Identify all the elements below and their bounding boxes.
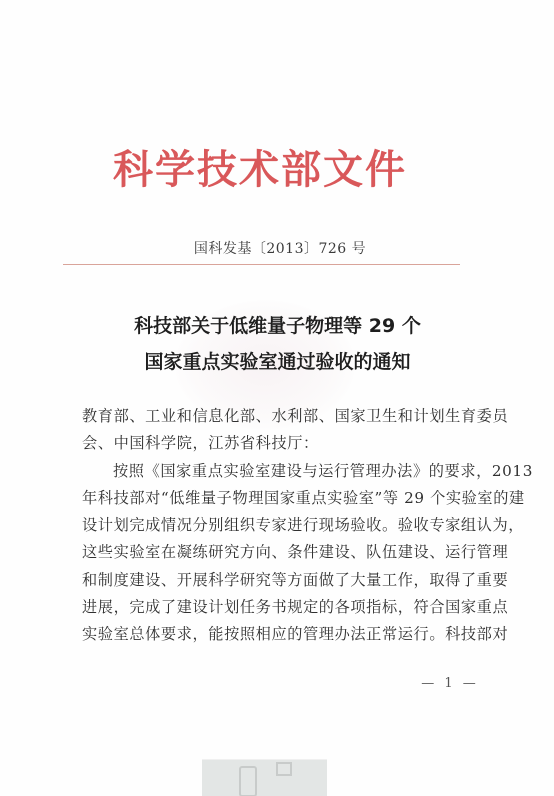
- document-page: 科学技术部文件 国科发基〔2013〕726 号 科技部关于低维量子物理等 29 …: [0, 0, 554, 796]
- recipients-line-1: 教育部、工业和信息化部、水利部、国家卫生和计划生育委员: [82, 403, 467, 430]
- faint-glyph-icon: [276, 762, 292, 776]
- body-line: 实验室总体要求，能按照相应的管理办法正常运行。科技部对: [82, 621, 467, 648]
- header-divider: [63, 264, 460, 265]
- next-page-preview: [202, 759, 327, 796]
- body-line: 设计划完成情况分别组织专家进行现场验收。验收专家组认为，: [82, 512, 467, 539]
- document-number: 国科发基〔2013〕726 号: [90, 238, 470, 258]
- body-line: 进展，完成了建设计划任务书规定的各项指标，符合国家重点: [82, 594, 467, 621]
- body-line: 这些实验室在凝练研究方向、条件建设、队伍建设、运行管理: [82, 539, 467, 566]
- document-body: 教育部、工业和信息化部、水利部、国家卫生和计划生育委员 会、中国科学院，江苏省科…: [82, 403, 467, 649]
- issuing-authority-header: 科学技术部文件: [80, 142, 440, 198]
- title-line-2: 国家重点实验室通过验收的通知: [80, 344, 475, 380]
- recipients-line-2: 会、中国科学院，江苏省科技厅：: [82, 430, 467, 457]
- body-line: 按照《国家重点实验室建设与运行管理办法》的要求，2013: [82, 458, 467, 485]
- faint-glyph-icon: [239, 766, 257, 796]
- document-title: 科技部关于低维量子物理等 29 个 国家重点实验室通过验收的通知: [80, 308, 475, 380]
- page-number: — 1 —: [400, 676, 500, 691]
- body-line: 年科技部对“低维量子物理国家重点实验室”等 29 个实验室的建: [82, 485, 467, 512]
- body-line: 和制度建设、开展科学研究等方面做了大量工作，取得了重要: [82, 567, 467, 594]
- title-line-1: 科技部关于低维量子物理等 29 个: [80, 308, 475, 344]
